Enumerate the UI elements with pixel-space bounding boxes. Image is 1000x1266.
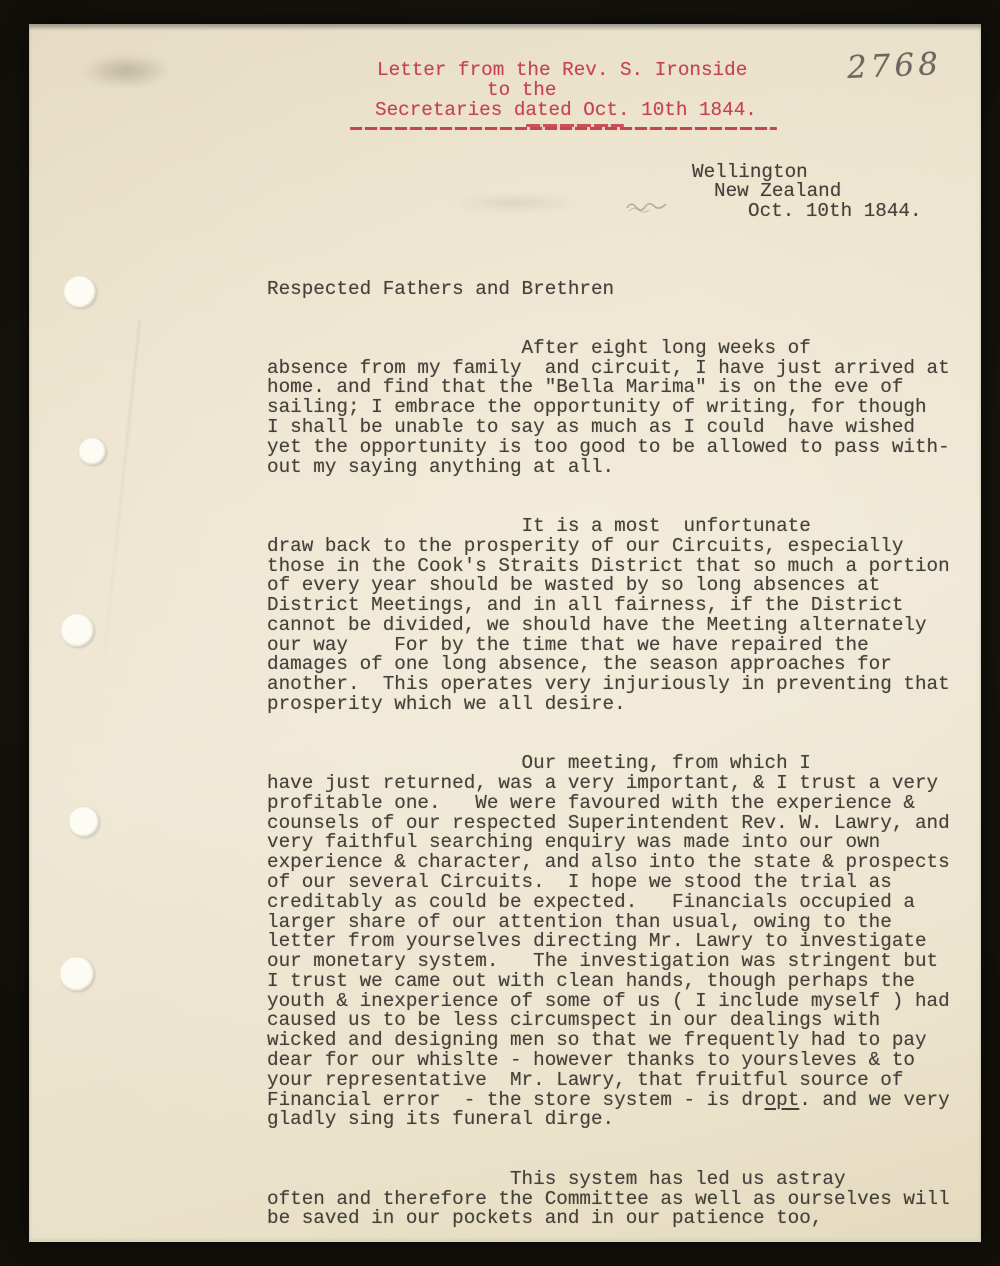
salutation: Respected Fathers and Brethren: [267, 280, 950, 300]
letter-page: Letter from the Rev. S. Ironside to the …: [29, 24, 981, 1242]
paragraph-1: After eight long weeks of absence from m…: [267, 339, 950, 477]
heading-line-2: to the: [487, 81, 556, 101]
punch-hole-4: [69, 807, 99, 837]
heading-underline: [350, 127, 777, 130]
ink-ghost-mark: [450, 194, 580, 212]
paragraph-3-text-a: Our meeting, from which I have just retu…: [267, 752, 950, 1110]
heading-line-3: Secretaries dated Oct. 10th 1844.: [375, 101, 757, 121]
dateline-country: New Zealand: [714, 182, 841, 202]
paragraph-3: Our meeting, from which I have just retu…: [267, 754, 950, 1130]
pencil-mark: [625, 198, 669, 214]
underlined-word: opt: [765, 1089, 800, 1111]
heading-underline-overstrike: [526, 124, 624, 127]
punch-hole-3: [61, 614, 94, 647]
heading-line-1: Letter from the Rev. S. Ironside: [377, 61, 747, 81]
scan-background: Letter from the Rev. S. Ironside to the …: [0, 0, 1000, 1266]
paragraph-2: It is a most unfortunate draw back to th…: [267, 517, 950, 715]
punch-hole-1: [64, 276, 96, 308]
paper-crease: [103, 320, 141, 658]
letter-body: Respected Fathers and Brethren After eig…: [267, 240, 950, 1266]
punch-hole-5: [60, 957, 94, 991]
paragraph-4: This system has led us astray often and …: [267, 1170, 950, 1229]
punch-hole-2: [79, 438, 106, 465]
archive-number: 2768: [846, 46, 942, 86]
dateline-date: Oct. 10th 1844.: [748, 202, 922, 222]
smudge-mark: [81, 54, 171, 88]
